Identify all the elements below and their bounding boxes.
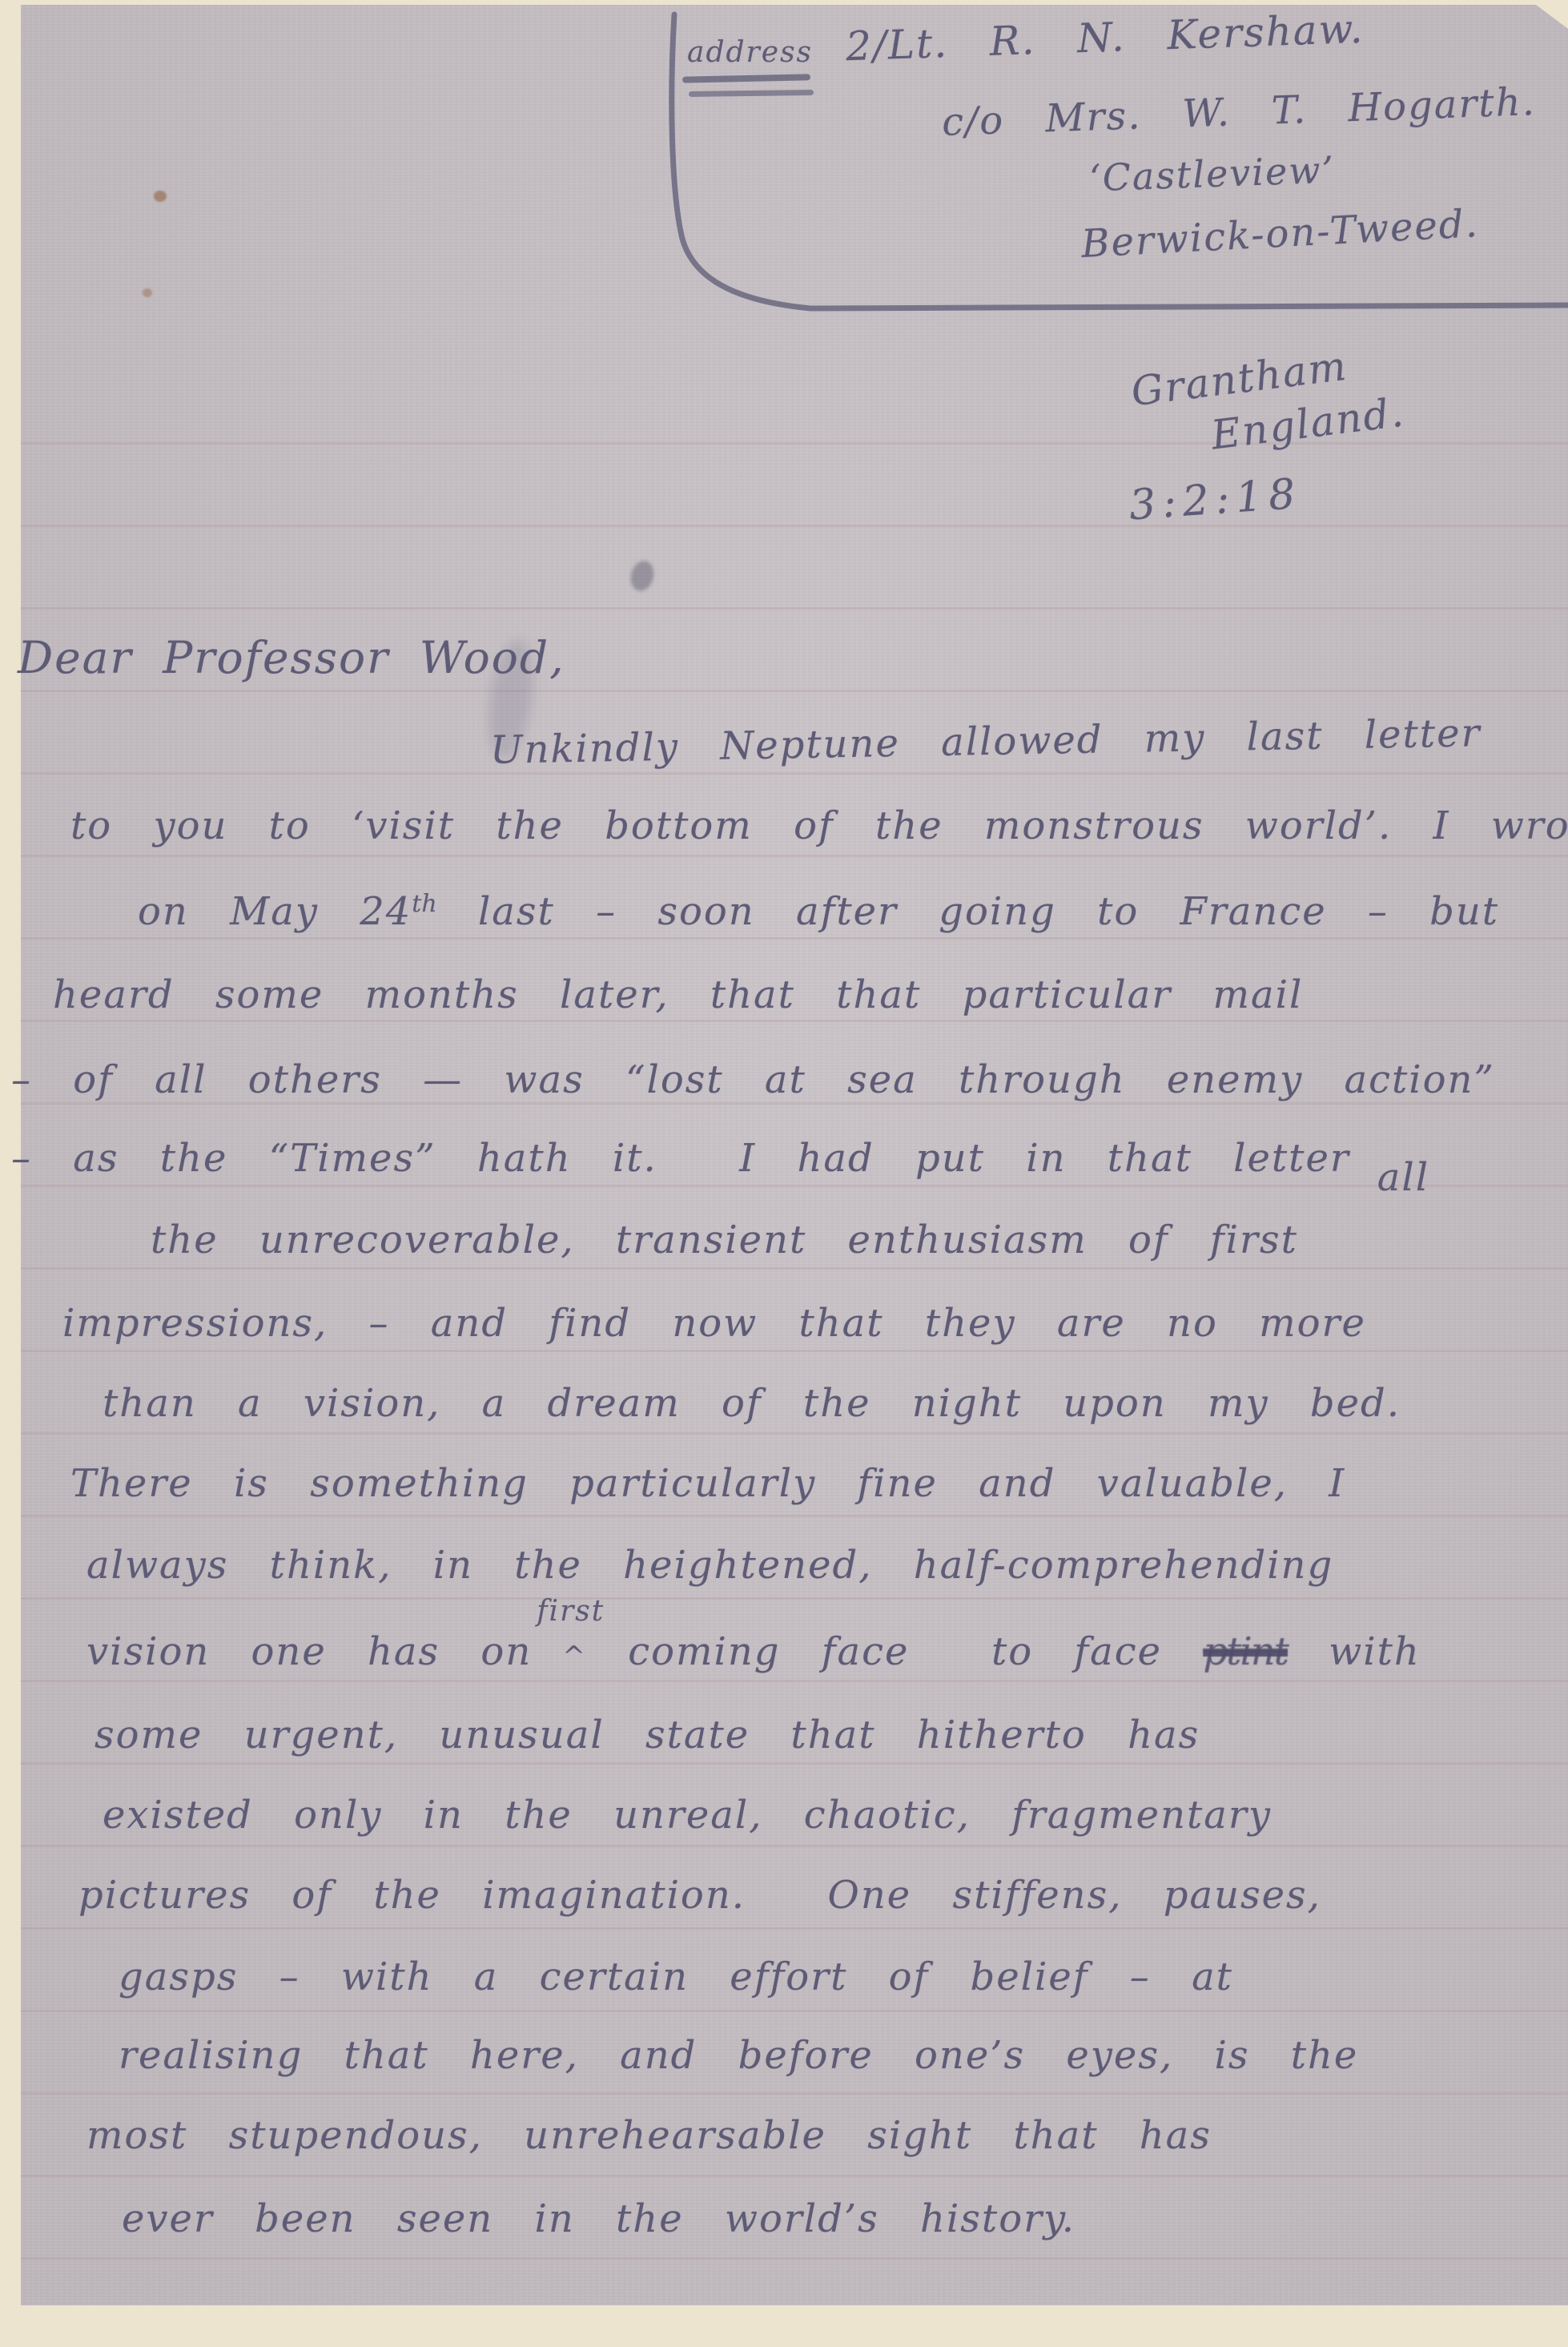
ordinal-superscript: th: [412, 890, 436, 918]
address-label: address: [687, 37, 813, 69]
letter-line: gasps – with a certain effort of belief …: [119, 1956, 1233, 1999]
letter-line: – as the “Times” hath it. I had put in t…: [11, 1137, 1429, 1180]
letter-line: ever been seen in the world’s history.: [122, 2198, 1075, 2240]
caret-mark: ^: [562, 1642, 587, 1672]
inserted-word: first: [537, 1596, 605, 1628]
letter-line: existed only in the unreal, chaotic, fra…: [103, 1794, 1272, 1837]
line-text: coming face to face: [628, 1629, 1203, 1674]
letter-line: heard some months later, that that parti…: [53, 974, 1303, 1016]
salutation: Dear Professor Wood,: [18, 634, 565, 682]
letter-line: than a vision, a dream of the night upon…: [103, 1383, 1401, 1425]
letter-line: – of all others — was “lost at sea throu…: [11, 1059, 1495, 1101]
letter-line: the unrecoverable, transient enthusiasm …: [151, 1219, 1298, 1262]
letter-line: pictures of the imagination. One stiffen…: [78, 1874, 1321, 1917]
letter-line: impressions, – and find now that they ar…: [62, 1302, 1366, 1345]
letter-line: some urgent, unusual state that hitherto…: [94, 1714, 1200, 1757]
letter-scan: address 2/Lt. R. N. Kershaw. c/o Mrs. W.…: [0, 0, 1568, 2347]
letter-line: on May 24th last – soon after going to F…: [138, 891, 1499, 933]
line-text: – as the “Times” hath it. I had put in t…: [11, 1136, 1350, 1181]
insertion-mark: first^: [532, 1658, 628, 1665]
line-text: with: [1288, 1629, 1421, 1674]
dropped-word: all: [1377, 1155, 1429, 1200]
line-text: vision one has on: [86, 1629, 532, 1674]
letter-line: There is something particularly fine and…: [70, 1463, 1345, 1505]
letter-line: always think, in the heightened, half-co…: [86, 1544, 1333, 1587]
line-text: last – soon after going to France – but: [437, 889, 1499, 934]
letter-line: to you to ‘visit the bottom of the monst…: [70, 805, 1568, 847]
address-line-house: ‘Castleview’: [1088, 150, 1336, 199]
line-text: on May 24: [138, 889, 412, 934]
letter-line: most stupendous, unrehearsable sight tha…: [86, 2115, 1212, 2157]
struck-out-word: ptint: [1203, 1629, 1288, 1674]
letter-line: vision one has onfirst^coming face to fa…: [86, 1631, 1421, 1673]
letter-line: realising that here, and before one’s ey…: [119, 2035, 1358, 2077]
